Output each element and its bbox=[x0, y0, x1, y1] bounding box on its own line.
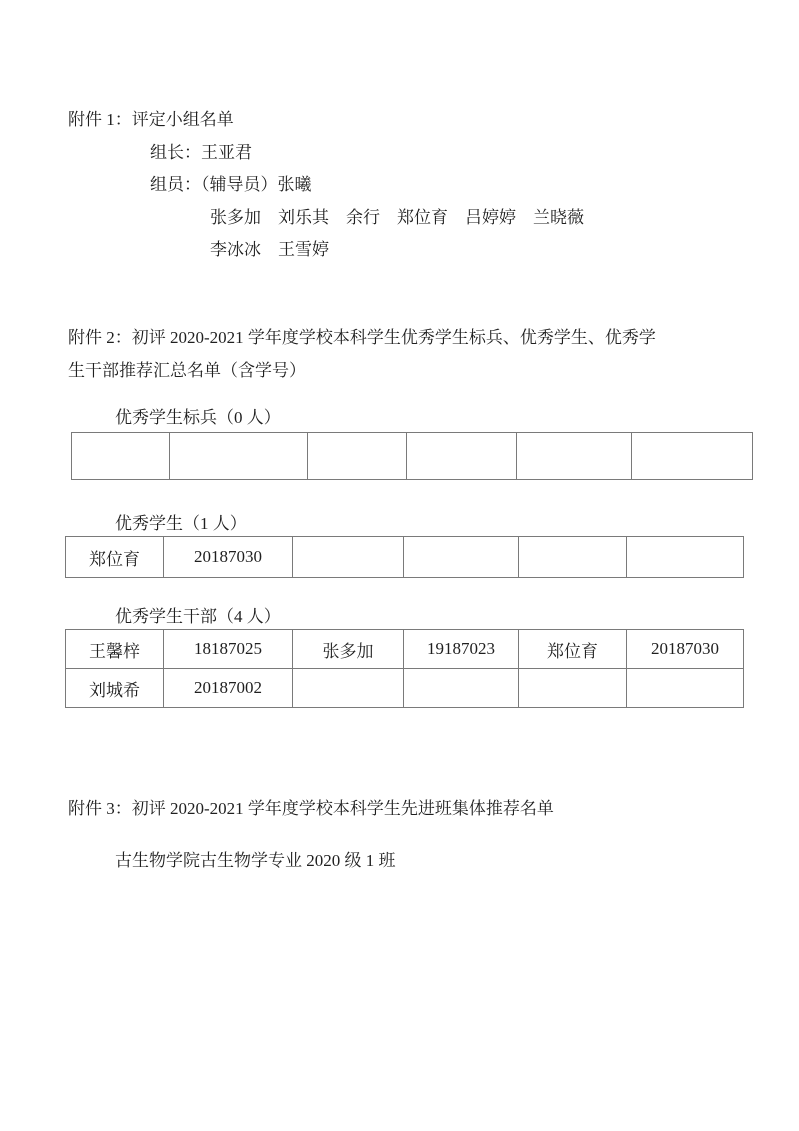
group-members-names-line-1: 张多加 刘乐其 余行 郑位育 吕婷婷 兰晓薇 bbox=[210, 202, 584, 235]
outstanding-student-heading: 优秀学生（1 人） bbox=[115, 512, 247, 536]
pacesetter-heading: 优秀学生标兵（0 人） bbox=[115, 406, 281, 430]
table-cell bbox=[627, 537, 744, 578]
group-leader-line: 组长：王亚君 bbox=[150, 137, 584, 170]
attachment-2-title-line-2: 生干部推荐汇总名单（含学号） bbox=[68, 355, 656, 388]
attachment-2-title: 附件 2：初评 2020-2021 学年度学校本科学生优秀学生标兵、优秀学生、优… bbox=[68, 322, 656, 387]
table-cell bbox=[293, 669, 404, 708]
outstanding-student-table: 郑位育 20187030 bbox=[65, 536, 744, 578]
table-cell bbox=[293, 537, 404, 578]
table-cell bbox=[72, 433, 170, 480]
attachment-1-section: 附件 1：评定小组名单 组长：王亚君 组员：（辅导员）张曦 张多加 刘乐其 余行… bbox=[68, 104, 584, 267]
group-members-names-line-2: 李冰冰 王雪婷 bbox=[210, 234, 584, 267]
student-id-cell: 20187030 bbox=[627, 630, 744, 669]
table-row bbox=[72, 433, 753, 480]
table-cell bbox=[170, 433, 308, 480]
table-row: 刘城希 20187002 bbox=[66, 669, 744, 708]
pacesetter-table bbox=[71, 432, 753, 480]
table-cell bbox=[627, 669, 744, 708]
attachment-3-title: 附件 3：初评 2020-2021 学年度学校本科学生先进班集体推荐名单 bbox=[68, 793, 554, 826]
pacesetter-table-container bbox=[71, 432, 753, 480]
student-name-cell: 刘城希 bbox=[66, 669, 164, 708]
attachment-1-title: 附件 1：评定小组名单 bbox=[68, 104, 584, 137]
table-cell bbox=[404, 537, 519, 578]
table-cell bbox=[632, 433, 753, 480]
student-cadre-heading: 优秀学生干部（4 人） bbox=[115, 605, 281, 629]
table-row: 王馨梓 18187025 张多加 19187023 郑位育 20187030 bbox=[66, 630, 744, 669]
student-cadre-table-container: 王馨梓 18187025 张多加 19187023 郑位育 20187030 刘… bbox=[65, 629, 744, 708]
table-cell bbox=[407, 433, 517, 480]
table-cell bbox=[519, 669, 627, 708]
student-id-cell: 19187023 bbox=[404, 630, 519, 669]
student-name-cell: 张多加 bbox=[293, 630, 404, 669]
table-cell bbox=[404, 669, 519, 708]
recommended-class-line: 古生物学院古生物学专业 2020 级 1 班 bbox=[115, 845, 396, 878]
attachment-2-title-line-1: 附件 2：初评 2020-2021 学年度学校本科学生优秀学生标兵、优秀学生、优… bbox=[68, 322, 656, 355]
student-cadre-table: 王馨梓 18187025 张多加 19187023 郑位育 20187030 刘… bbox=[65, 629, 744, 708]
table-row: 郑位育 20187030 bbox=[66, 537, 744, 578]
table-cell bbox=[517, 433, 632, 480]
student-id-cell: 18187025 bbox=[164, 630, 293, 669]
table-cell bbox=[519, 537, 627, 578]
student-name-cell: 郑位育 bbox=[66, 537, 164, 578]
group-members-label-line: 组员：（辅导员）张曦 bbox=[150, 169, 584, 202]
student-id-cell: 20187002 bbox=[164, 669, 293, 708]
student-name-cell: 郑位育 bbox=[519, 630, 627, 669]
table-cell bbox=[308, 433, 407, 480]
outstanding-student-table-container: 郑位育 20187030 bbox=[65, 536, 744, 578]
document-page: 附件 1：评定小组名单 组长：王亚君 组员：（辅导员）张曦 张多加 刘乐其 余行… bbox=[0, 0, 799, 1131]
student-id-cell: 20187030 bbox=[164, 537, 293, 578]
student-name-cell: 王馨梓 bbox=[66, 630, 164, 669]
